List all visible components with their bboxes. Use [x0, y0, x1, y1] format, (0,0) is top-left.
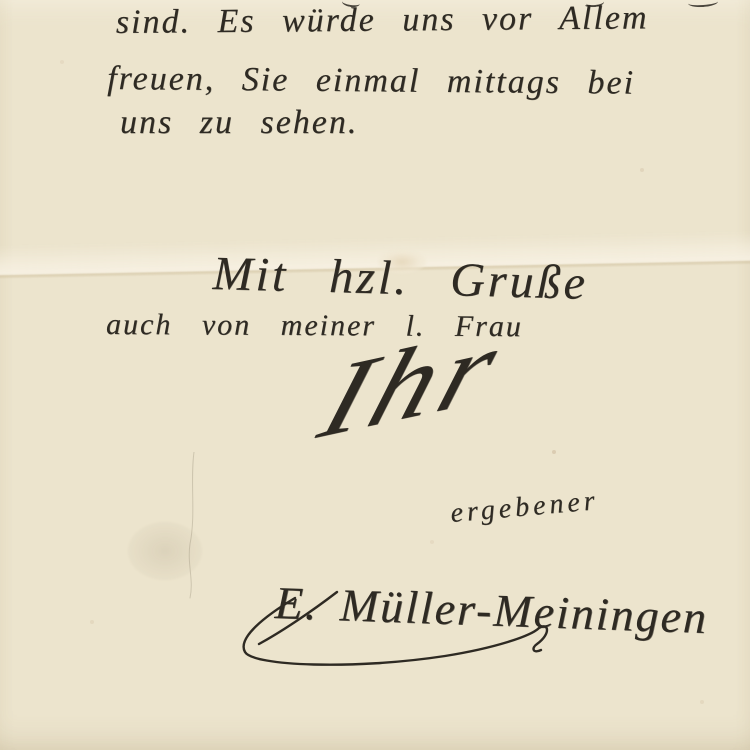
paper-speck [430, 540, 434, 544]
paper-speck [700, 700, 704, 704]
letter-body-line-1: sind. Es würde uns vor Allem [116, 0, 649, 42]
letter-body-line-2: freuen, Sie einmal mittags bei [107, 60, 635, 103]
closing-greeting-line: Mit hzl. Gruße [212, 246, 589, 311]
cutoff-stroke [688, 0, 719, 8]
signature-flourish [233, 590, 578, 682]
valediction-word: ergebener [449, 485, 600, 530]
paper-smudge [128, 522, 202, 580]
paper-speck [60, 60, 64, 64]
paper-speck [90, 620, 94, 624]
letter-body-line-3: uns zu sehen. [120, 104, 358, 142]
paper-speck [552, 450, 556, 454]
letter-page: sind. Es würde uns vor Allem freuen, Sie… [0, 0, 750, 750]
paper-speck [640, 168, 644, 172]
